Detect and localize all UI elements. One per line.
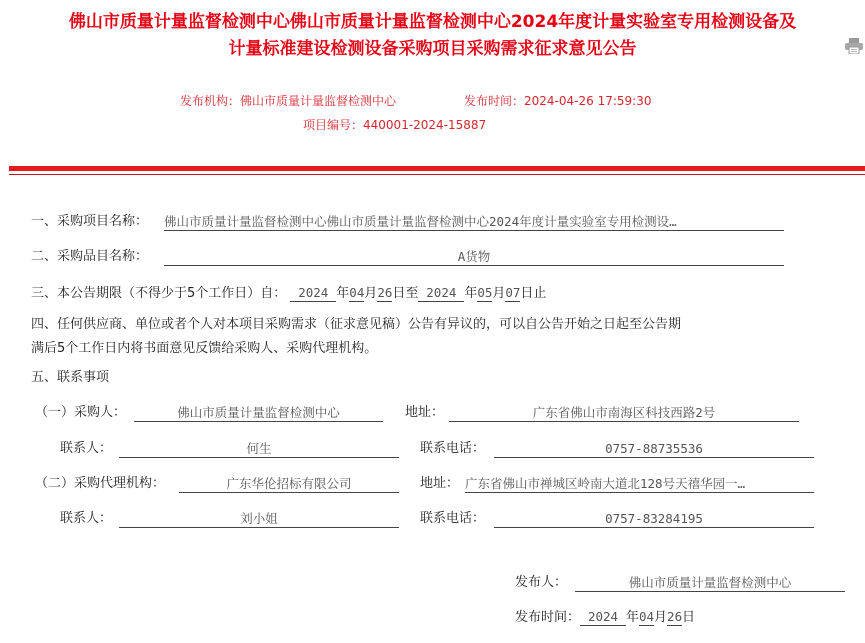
agency-address: 广东省佛山市禅城区岭南大道北128号天禧华园一…: [465, 475, 814, 493]
publish-time-label: 发布时间：: [464, 94, 524, 108]
agency-name: 广东华伦招标有限公司: [179, 475, 399, 493]
project-number-label: 项目编号：: [303, 118, 363, 132]
month-char: 月: [492, 286, 505, 301]
footer-time-label: 发布时间：: [515, 610, 580, 625]
purchaser-address: 广东省佛山市南海区科技西路2号: [449, 404, 799, 422]
footer-day: 26: [667, 609, 682, 626]
project-number-value: 440001-2024-15887: [363, 118, 486, 132]
start-month: 04: [349, 285, 364, 302]
start-day: 26: [377, 285, 392, 302]
announcement-title-line2: 计量标准建设检测设备采购项目采购需求征求意见公告: [0, 35, 865, 63]
end-year: 2024: [418, 285, 464, 302]
agency-address-label: 地址：: [420, 475, 459, 493]
month-char: 月: [654, 610, 667, 625]
project-name-value: 佛山市质量计量监督检测中心佛山市质量计量监督检测中心2024年度计量实验室专用检…: [164, 213, 784, 231]
project-name-label: 一、采购项目名称：: [31, 213, 148, 231]
contact-section-heading: 五、联系事项: [31, 369, 109, 387]
objection-notice-line2: 满后5个工作日内将书面意见反馈给采购人、采购代理机构。: [31, 340, 377, 358]
footer-year: 2024: [580, 609, 626, 626]
year-char: 年: [336, 286, 349, 301]
publish-time-value: 2024-04-26 17:59:30: [524, 94, 651, 108]
announcement-title-line1: 佛山市质量计量监督检测中心佛山市质量计量监督检测中心2024年度计量实验室专用检…: [0, 8, 865, 36]
notice-period: 三、本公告期限（不得少于5个工作日）自：2024年04月26日至2024年05月…: [31, 285, 546, 303]
purchaser-contact-label: 联系人：: [60, 440, 112, 458]
publisher-label: 发布机构：: [180, 94, 240, 108]
to-char: 至: [405, 286, 418, 301]
agency-phone: 0757-83284195: [494, 510, 814, 528]
footer-publisher-label: 发布人：: [515, 574, 567, 592]
day-char: 日: [682, 610, 695, 625]
footer-publish-date: 发布时间：2024年04月26日: [515, 609, 695, 627]
publisher-value: 佛山市质量计量监督检测中心: [240, 94, 396, 108]
header-divider-thin: [9, 174, 865, 175]
end-month: 05: [477, 285, 492, 302]
agency-label: （二）采购代理机构：: [35, 475, 165, 493]
project-number-meta: 项目编号：440001-2024-15887: [303, 117, 486, 133]
purchaser-contact: 何生: [119, 440, 399, 458]
footer-publisher: 佛山市质量计量监督检测中心: [575, 574, 845, 592]
objection-notice-line1: 四、任何供应商、单位或者个人对本项目采购需求（征求意见稿）公告有异议的，可以自公…: [31, 316, 681, 334]
day-char: 日: [392, 286, 405, 301]
end-char: 日止: [520, 286, 546, 301]
purchaser-phone: 0757-88735536: [494, 440, 814, 458]
purchaser-label: （一）采购人：: [35, 404, 126, 422]
purchaser-address-label: 地址：: [405, 404, 444, 422]
year-char: 年: [464, 286, 477, 301]
purchaser-name: 佛山市质量计量监督检测中心: [134, 404, 383, 422]
header-divider-thick: [9, 166, 865, 171]
footer-month: 04: [639, 609, 654, 626]
agency-contact-label: 联系人：: [60, 510, 112, 528]
end-day: 07: [505, 285, 520, 302]
purchaser-phone-label: 联系电话：: [420, 440, 485, 458]
start-year: 2024: [290, 285, 336, 302]
month-char: 月: [364, 286, 377, 301]
year-char: 年: [626, 610, 639, 625]
item-category-value: A货物: [164, 248, 784, 266]
publisher-meta: 发布机构：佛山市质量计量监督检测中心: [180, 93, 396, 109]
printer-icon[interactable]: [845, 38, 863, 54]
publish-time-meta: 发布时间：2024-04-26 17:59:30: [464, 93, 651, 109]
agency-phone-label: 联系电话：: [420, 510, 485, 528]
agency-contact: 刘小姐: [119, 510, 399, 528]
notice-period-label: 三、本公告期限（不得少于5个工作日）自：: [31, 286, 286, 301]
item-category-label: 二、采购品目名称：: [31, 248, 148, 266]
